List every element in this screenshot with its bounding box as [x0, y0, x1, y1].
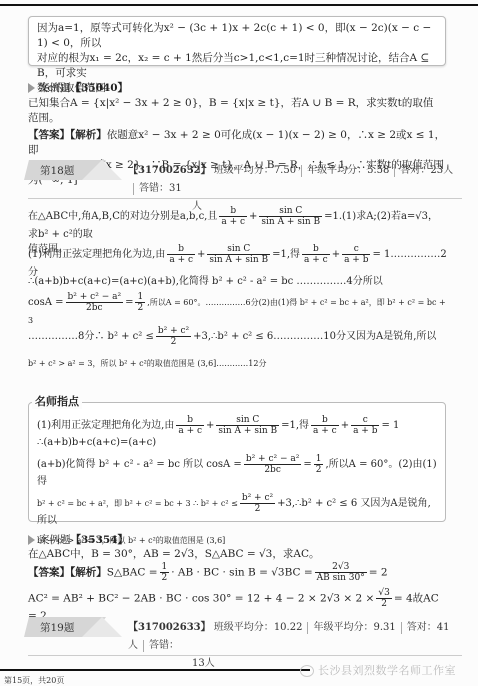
correct-label: 答对： — [400, 165, 430, 176]
analysis-tag: 【解析】 — [70, 129, 107, 141]
class-avg: 7.50 — [274, 165, 296, 176]
triangle-bullet-icon — [28, 535, 35, 545]
watermark-text: 长沙县刘烈数学名师工作室 — [318, 664, 456, 677]
fraction: sin Csin A + sin B — [259, 206, 322, 227]
numerator: sin C — [207, 244, 270, 255]
question-line: 范围。 — [28, 111, 448, 126]
question-19-header: 第19题 【317002633】 班级平均分：10.22年级平均分：9.31答对… — [24, 617, 462, 651]
hint-line: 因为a=1，原等式可转化为x² − (3c + 1)x + 2c(c + 1) … — [37, 21, 437, 51]
fraction: ba + c — [311, 415, 339, 436]
wrong-label: 答错： — [149, 640, 179, 651]
fraction: ba + c — [302, 244, 330, 265]
numerator: c — [342, 244, 370, 255]
denominator: 2 — [240, 504, 275, 514]
solution-text: cosA = — [28, 297, 64, 308]
numerator: 2√3 — [315, 562, 367, 573]
case-label: 案例题 — [39, 82, 71, 94]
fraction: ca + b — [342, 244, 370, 265]
question-number: 第19题 — [40, 620, 74, 635]
fraction: b² + c² − a²2bc — [66, 292, 124, 313]
case-id: 【35354】 — [71, 534, 129, 546]
numerator: sin C — [216, 415, 279, 426]
solution-text: b² + c² > a² = 3，所以 b² + c²的取值范围是 (3,6]…… — [28, 356, 448, 371]
numerator: b — [311, 415, 339, 426]
divider-rule — [28, 655, 462, 656]
denominator: sin A + sin B — [207, 255, 270, 265]
solution-text: ……………8分∴ b² + c² ≤ — [28, 331, 154, 342]
denominator: 2 — [135, 303, 145, 313]
case-id: 【35040】 — [71, 82, 129, 94]
wrong-label: 答错： — [139, 183, 169, 194]
case-answer: 【答案】【解析】S△BAC =12· AB · BC · sin B = √3B… — [28, 562, 448, 583]
denominator: 2 — [314, 465, 324, 475]
case-label: 案例题 — [39, 534, 71, 546]
divider — [143, 640, 144, 652]
numerator: b — [176, 415, 204, 426]
teacher-tip-box: (1)利用正弦定理把角化为边,由ba + c+sin Csin A + sin … — [28, 402, 446, 522]
top-rule — [0, 4, 478, 6]
divider — [394, 165, 395, 177]
solution-line: cosA =b² + c² − a²2bc=12,所以A = 60°。……………… — [28, 292, 448, 328]
solution-text: +3,∴b² + c² ≤ 6……………10分又因为A是锐角,所以 — [193, 331, 436, 342]
fraction: ba + c — [176, 415, 204, 436]
denominator: a + c — [167, 255, 195, 265]
grade-avg-label: 年级平均分： — [313, 622, 373, 633]
fraction: 12 — [160, 562, 170, 583]
case-title: 案例题【35040】 — [28, 80, 128, 95]
answer-text: = 2 — [369, 567, 388, 579]
tip-text: =1,得 — [281, 420, 309, 431]
fraction: b² + c²2 — [240, 493, 275, 514]
denominator: a + c — [219, 217, 247, 227]
fraction: sin Csin A + sin B — [216, 415, 279, 436]
fraction: ba + c — [167, 244, 195, 265]
watermark: 长沙县刘烈数学名师工作室 — [300, 662, 456, 678]
answer-text: AC² = AB² + BC² − 2AB · BC · cos 30° = 1… — [28, 593, 374, 605]
numerator: b² + c² — [156, 326, 191, 337]
page-number: 第15页，共20页 — [4, 675, 64, 686]
grade-avg: 5.58 — [367, 165, 389, 176]
tip-text: (a+b)化简得 b² + c² - a² = bc 所以 cosA = — [37, 459, 242, 470]
tip-text: (1)利用正弦定理把角化为边,由 — [37, 420, 174, 431]
question-line: 已知集合A = {x|x² − 3x + 2 ≥ 0}，B = {x|x ≥ t… — [28, 96, 448, 111]
grade-avg-label: 年级平均分： — [307, 165, 367, 176]
class-avg-label: 班级平均分： — [214, 622, 274, 633]
solution-text: = — [125, 297, 133, 308]
numerator: b² + c² − a² — [66, 292, 124, 303]
wechat-icon — [300, 665, 314, 677]
footer-rule — [0, 669, 310, 671]
numerator: 1 — [160, 562, 170, 573]
fraction: ca + b — [351, 415, 379, 436]
divider — [301, 165, 302, 177]
divider — [133, 183, 134, 195]
numerator: b² + c² − a² — [244, 454, 302, 465]
numerator: 1 — [135, 292, 145, 303]
document-page: 因为a=1，原等式可转化为x² − (3c + 1)x + 2c(c + 1) … — [0, 0, 478, 686]
denominator: a + c — [176, 426, 204, 436]
question-id: 【317002633】 — [128, 622, 211, 633]
fraction: √32 — [376, 588, 391, 609]
denominator: a + c — [311, 426, 339, 436]
denominator: a + b — [342, 255, 370, 265]
answer-tag: 【答案】 — [28, 567, 70, 579]
answer-text: · AB · BC · sin B = √3BC = — [171, 567, 312, 579]
divider — [401, 622, 402, 634]
class-avg-label: 班级平均分： — [214, 165, 274, 176]
denominator: 2 — [156, 337, 191, 347]
numerator: b — [167, 244, 195, 255]
numerator: b — [219, 206, 247, 217]
fraction: ba + c — [219, 206, 247, 227]
fraction: b² + c² − a²2bc — [244, 454, 302, 475]
numerator: sin C — [259, 206, 322, 217]
fraction: 12 — [314, 454, 324, 475]
answer-text: S△BAC = — [107, 567, 158, 579]
case-title: 案例题【35354】 — [28, 532, 128, 547]
numerator: c — [351, 415, 379, 426]
analysis-tag: 【解析】 — [70, 567, 107, 579]
denominator: AB sin 30° — [315, 573, 367, 583]
class-avg: 10.22 — [274, 622, 303, 633]
question-number: 第18题 — [40, 163, 74, 178]
denominator: a + b — [351, 426, 379, 436]
case-question: 在△ABC中，B = 30°，AB = 2√3，S△ABC = √3，求AC。 — [28, 547, 448, 562]
numerator: b² + c² — [240, 493, 275, 504]
correct-count: 23人 — [430, 165, 453, 176]
tip-title: 名师指点 — [32, 393, 82, 409]
denominator: 2bc — [66, 303, 124, 313]
hint-box: 因为a=1，原等式可转化为x² − (3c + 1)x + 2c(c + 1) … — [28, 16, 446, 66]
solution-text: =1,得 — [272, 249, 300, 260]
denominator: sin A + sin B — [216, 426, 279, 436]
numerator: √3 — [376, 588, 391, 599]
numerator: 1 — [314, 454, 324, 465]
fraction: b² + c²2 — [156, 326, 191, 347]
question-id: 【317002632】 — [128, 165, 211, 176]
case-question: 已知集合A = {x|x² − 3x + 2 ≥ 0}，B = {x|x ≥ t… — [28, 96, 448, 126]
tip-text: b² + c² = bc + a²，即 b² + c² = bc + 3 ∴ b… — [37, 499, 238, 508]
triangle-bullet-icon — [28, 83, 35, 93]
wrong-count: 13人 — [192, 658, 215, 669]
fraction: 2√3AB sin 30° — [315, 562, 367, 583]
denominator: sin A + sin B — [259, 217, 322, 227]
denominator: 2 — [160, 573, 170, 583]
numerator: b — [302, 244, 330, 255]
wrong-count: 31 — [169, 183, 182, 194]
grade-avg: 9.31 — [373, 622, 395, 633]
denominator: 2bc — [244, 465, 302, 475]
denominator: 2 — [376, 599, 391, 609]
correct-label: 答对： — [407, 622, 437, 633]
question-text: 在△ABC中,角A,B,C的对边分别是a,b,c,且 — [28, 211, 217, 222]
divider-rule — [28, 198, 462, 199]
solution-text: (1)利用正弦定理把角化为边,由 — [28, 249, 165, 260]
divider — [307, 622, 308, 634]
hint-line: 对应的根为x₁ = 2c，x₂ = c + 1然后分当c>1,c<1,c=1时三… — [37, 51, 437, 81]
question-18-header: 第18题 【317002632】 班级平均分：7.50年级平均分：5.58答对：… — [24, 160, 462, 194]
solution-text: ∴(a+b)b+c(a+c)=(a+c)(a+b),化简得 b² + c² - … — [28, 274, 448, 289]
answer-tag: 【答案】 — [28, 129, 70, 141]
fraction: sin Csin A + sin B — [207, 244, 270, 265]
solution-line: ……………8分∴ b² + c² ≤b² + c²2+3,∴b² + c² ≤ … — [28, 326, 448, 347]
denominator: a + c — [302, 255, 330, 265]
fraction: 12 — [135, 292, 145, 313]
